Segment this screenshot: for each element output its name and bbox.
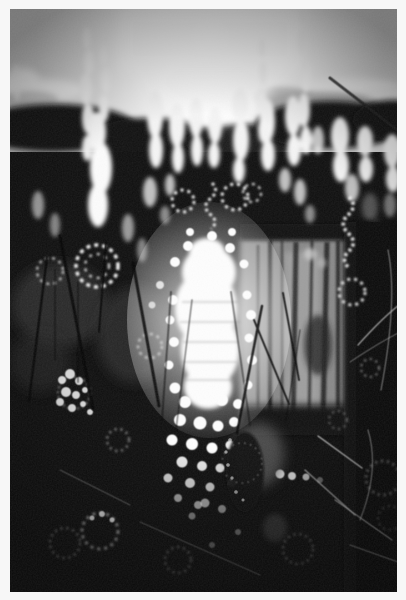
film-grain [10,9,397,592]
marsh-sunset-photo [10,9,397,592]
photo-frame [0,0,406,600]
